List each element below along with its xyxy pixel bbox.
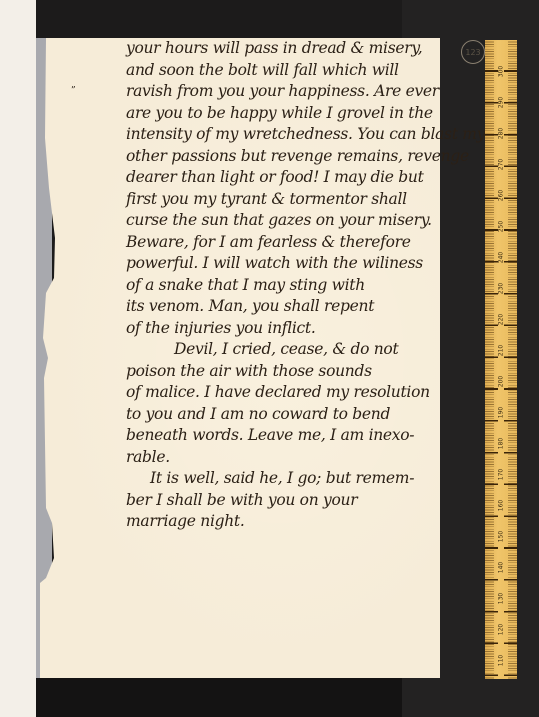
text-line: It is well, said he, I go; but remem- (126, 468, 476, 490)
bottom-backing (36, 678, 402, 717)
text-line: ber I shall be with you on your (126, 490, 476, 512)
text-line: marriage night. (126, 511, 476, 533)
margin-mark: ” (71, 86, 76, 96)
ruler-label: 140 (498, 561, 505, 575)
handwritten-text: your hours will pass in dread & misery, … (126, 38, 476, 533)
text-line: to you and I am no coward to bend (126, 404, 476, 426)
ruler-label: 210 (498, 344, 505, 358)
text-line: of a snake that I may sting with (126, 275, 476, 297)
text-line: Devil, I cried, cease, & do not (126, 339, 476, 361)
measuring-ruler: 300 290 280 270 260 250 240 230 220 210 … (485, 40, 517, 679)
text-line: other passions but revenge remains, reve… (126, 146, 476, 168)
text-line: curse the sun that gazes on your misery. (126, 210, 476, 232)
text-line: rable. (126, 447, 476, 469)
ruler-label: 240 (498, 251, 505, 265)
text-line: of malice. I have declared my resolution (126, 382, 476, 404)
text-line: of the injuries you inflict. (126, 318, 476, 340)
ruler-label: 260 (498, 189, 505, 203)
ruler-label: 200 (498, 375, 505, 389)
text-line: dearer than light or food! I may die but (126, 167, 476, 189)
text-line: intensity of my wretchedness. You can bl… (126, 124, 476, 146)
ruler-label: 110 (498, 654, 505, 668)
ruler-major-ticks-left (485, 40, 498, 679)
text-line: its venom. Man, you shall repent (126, 296, 476, 318)
ruler-label: 160 (498, 499, 505, 513)
ruler-label: 190 (498, 406, 505, 420)
text-line: and soon the bolt will fall which will (126, 60, 476, 82)
text-line: ravish from you your happiness. Are ever (126, 81, 476, 103)
ruler-label: 280 (498, 127, 505, 141)
text-line: powerful. I will watch with the wiliness (126, 253, 476, 275)
ruler-label: 130 (498, 592, 505, 606)
ruler-label: 120 (498, 623, 505, 637)
ruler-label: 150 (498, 530, 505, 544)
ruler-label: 300 (498, 65, 505, 79)
ruler-label: 220 (498, 313, 505, 327)
ruler-label: 290 (498, 96, 505, 110)
text-line: your hours will pass in dread & misery, (126, 38, 476, 60)
text-line: are you to be happy while I grovel in th… (126, 103, 476, 125)
ruler-major-ticks-right (504, 40, 517, 679)
ruler-label: 180 (498, 437, 505, 451)
text-line: beneath words. Leave me, I am inexo- (126, 425, 476, 447)
text-line: poison the air with those sounds (126, 361, 476, 383)
ruler-label: 170 (498, 468, 505, 482)
ruler-label: 230 (498, 282, 505, 296)
text-line: Beware, for I am fearless & therefore (126, 232, 476, 254)
text-line: first you my tyrant & tormentor shall (126, 189, 476, 211)
ruler-label: 270 (498, 158, 505, 172)
ruler-label: 250 (498, 220, 505, 234)
